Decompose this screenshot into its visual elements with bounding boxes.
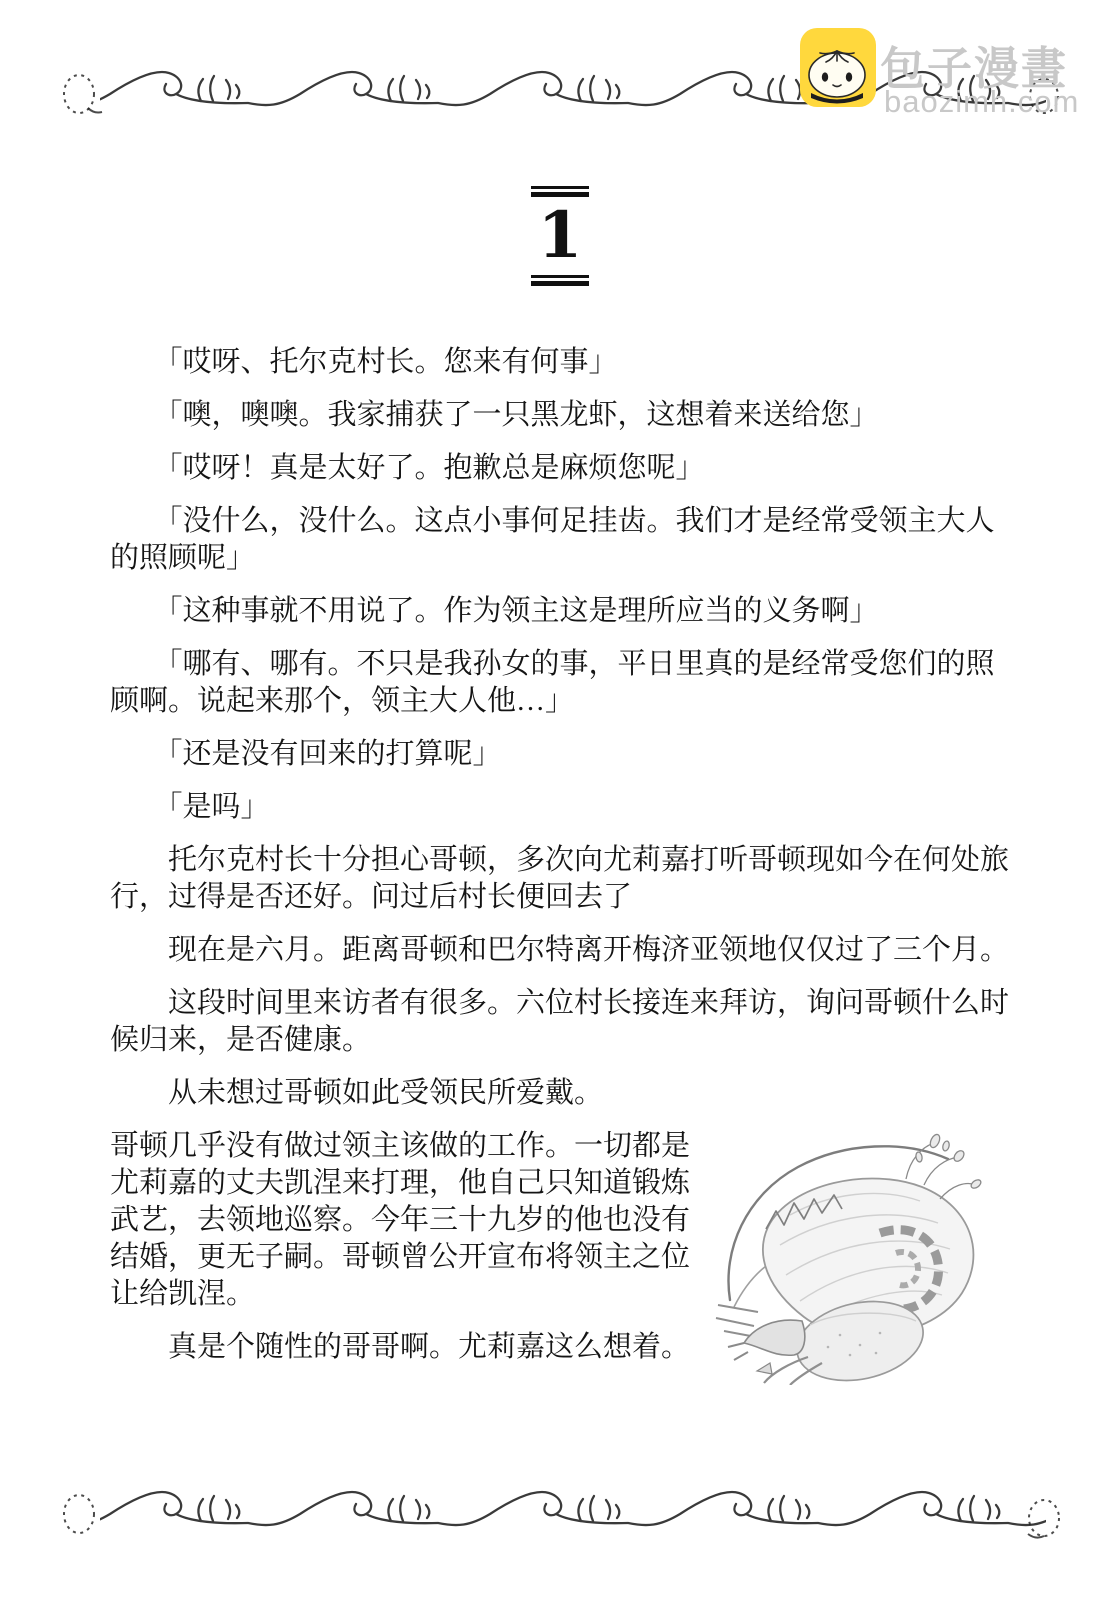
body-text: 「哎呀、托尔克村长。您来有何事」 「噢，噢噢。我家捕获了一只黑龙虾，这想着来送给… (110, 344, 1010, 1059)
rule-thin-bottom (531, 275, 589, 278)
rule-thin-top (531, 186, 589, 189)
watermark-domain: baozimh.com (884, 84, 1079, 120)
paragraph: 「这种事就不用说了。作为领主这是理所应当的义务啊」 (110, 593, 1010, 630)
paragraph: 「噢，噢噢。我家捕获了一只黑龙虾，这想着来送给您」 (110, 397, 1010, 434)
rule-thick-top (531, 192, 589, 197)
chapter-header: 1 (531, 186, 589, 286)
rule-thick-bottom (531, 281, 589, 286)
paragraph: 「哎呀！真是太好了。抱歉总是麻烦您呢」 (110, 450, 1010, 487)
novel-page: 包子漫畫 baozimh.com 1 「哎呀、托尔克村长。您来有何事」 「噢，噢… (0, 0, 1120, 1600)
paragraph: 托尔克村长十分担心哥顿，多次向尤莉嘉打听哥顿现如今在何处旅行，过得是否还好。问过… (110, 842, 1010, 916)
paragraph: 「是吗」 (110, 789, 1010, 826)
ornament-border-bottom (58, 1476, 1062, 1540)
baozi-logo-icon (799, 27, 877, 109)
paragraph: 「没什么，没什么。这点小事何足挂齿。我们才是经常受领主大人的照顾呢」 (110, 503, 1010, 577)
paragraph: 现在是六月。距离哥顿和巴尔特离开梅济亚领地仅仅过了三个月。 (110, 932, 1010, 969)
crayfish-illustration (710, 1115, 1010, 1385)
illustrated-section: 从未想过哥顿如此受领民所爱戴。 哥顿几乎没有做过领主该做的工作。一切都是尤莉嘉的… (110, 1075, 1010, 1366)
paragraph: 「哪有、哪有。不只是我孙女的事，平日里真的是经常受您们的照顾啊。说起来那个，领主… (110, 646, 1010, 720)
paragraph: 这段时间里来访者有很多。六位村长接连来拜访，询问哥顿什么时候归来，是否健康。 (110, 985, 1010, 1059)
chapter-number: 1 (531, 201, 589, 271)
paragraph: 「还是没有回来的打算呢」 (110, 736, 1010, 773)
paragraph: 从未想过哥顿如此受领民所爱戴。 (110, 1075, 1010, 1112)
paragraph: 「哎呀、托尔克村长。您来有何事」 (110, 344, 1010, 381)
